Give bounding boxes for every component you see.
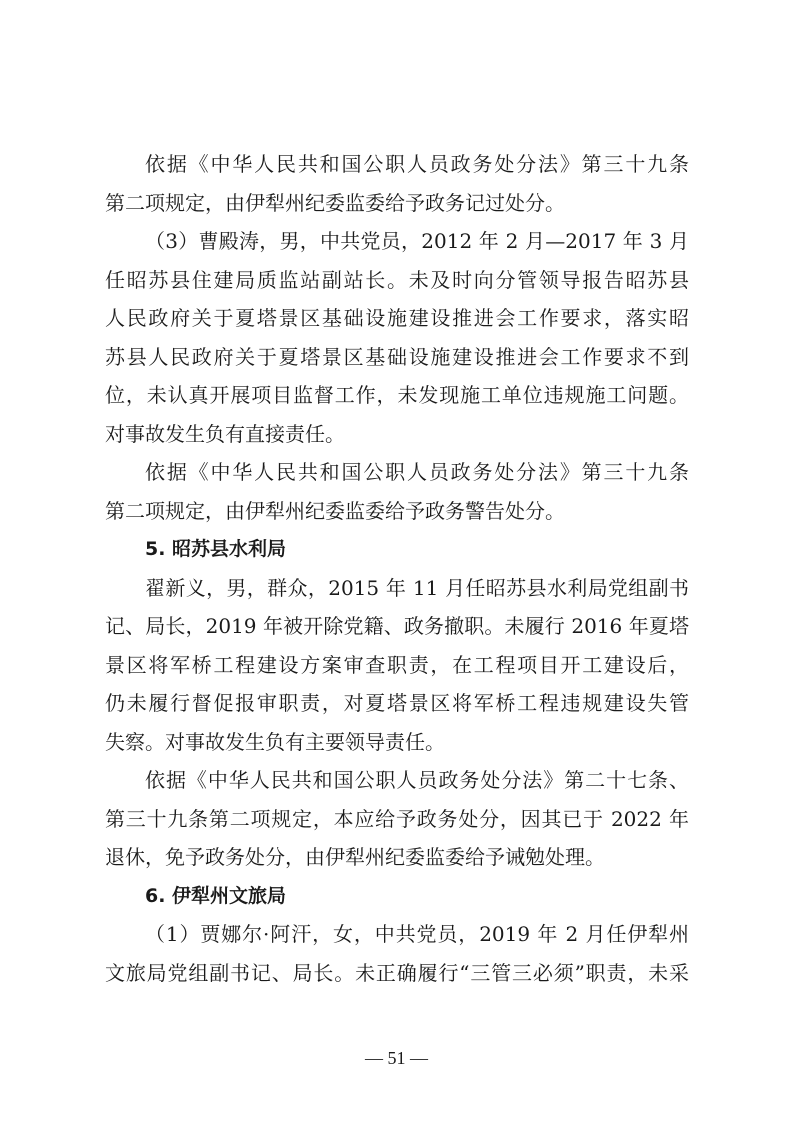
text-line: 翟新义，男，群众，2015 年 11 月任昭苏县水利局党组副书 xyxy=(105,569,689,608)
text-line: 退休，免予政务处分，由伊犁州纪委监委给予诫勉处理。 xyxy=(105,838,689,877)
text-line: 文旅局党组副书记、局长。未正确履行“三管三必须”职责，未采 xyxy=(105,954,689,993)
text-line: 第二项规定，由伊犁州纪委监委给予政务记过处分。 xyxy=(105,184,689,223)
text-line: 对事故发生负有直接责任。 xyxy=(105,415,689,454)
section-heading: 6. 伊犁州文旅局 xyxy=(105,877,689,916)
document-page: 依据《中华人民共和国公职人员政务处分法》第三十九条 第二项规定，由伊犁州纪委监委… xyxy=(0,0,793,1122)
text-line: 位，未认真开展项目监督工作，未发现施工单位违规施工问题。 xyxy=(105,376,689,415)
text-line: 失察。对事故发生负有主要领导责任。 xyxy=(105,723,689,762)
text-line: 苏县人民政府关于夏塔景区基础设施建设推进会工作要求不到 xyxy=(105,338,689,377)
text-line: 第三十九条第二项规定，本应给予政务处分，因其已于 2022 年 xyxy=(105,800,689,839)
text-line: 仍未履行督促报审职责，对夏塔景区将军桥工程违规建设失管 xyxy=(105,684,689,723)
text-line: 人民政府关于夏塔景区基础设施建设推进会工作要求，落实昭 xyxy=(105,299,689,338)
text-line: 依据《中华人民共和国公职人员政务处分法》第二十七条、 xyxy=(105,761,689,800)
text-line: 任昭苏县住建局质监站副站长。未及时向分管领导报告昭苏县 xyxy=(105,261,689,300)
text-line: 依据《中华人民共和国公职人员政务处分法》第三十九条 xyxy=(105,453,689,492)
text-line: （3）曹殿涛，男，中共党员，2012 年 2 月—2017 年 3 月 xyxy=(105,222,689,261)
page-number: — 51 — xyxy=(0,1048,793,1069)
body-text: 依据《中华人民共和国公职人员政务处分法》第三十九条 第二项规定，由伊犁州纪委监委… xyxy=(105,145,689,992)
text-line: 景区将军桥工程建设方案审查职责，在工程项目开工建设后， xyxy=(105,646,689,685)
text-line: （1）贾娜尔·阿汗，女，中共党员，2019 年 2 月任伊犁州 xyxy=(105,915,689,954)
text-line: 第二项规定，由伊犁州纪委监委给予政务警告处分。 xyxy=(105,492,689,531)
text-line: 记、局长，2019 年被开除党籍、政务撤职。未履行 2016 年夏塔 xyxy=(105,607,689,646)
section-heading: 5. 昭苏县水利局 xyxy=(105,530,689,569)
text-line: 依据《中华人民共和国公职人员政务处分法》第三十九条 xyxy=(105,145,689,184)
